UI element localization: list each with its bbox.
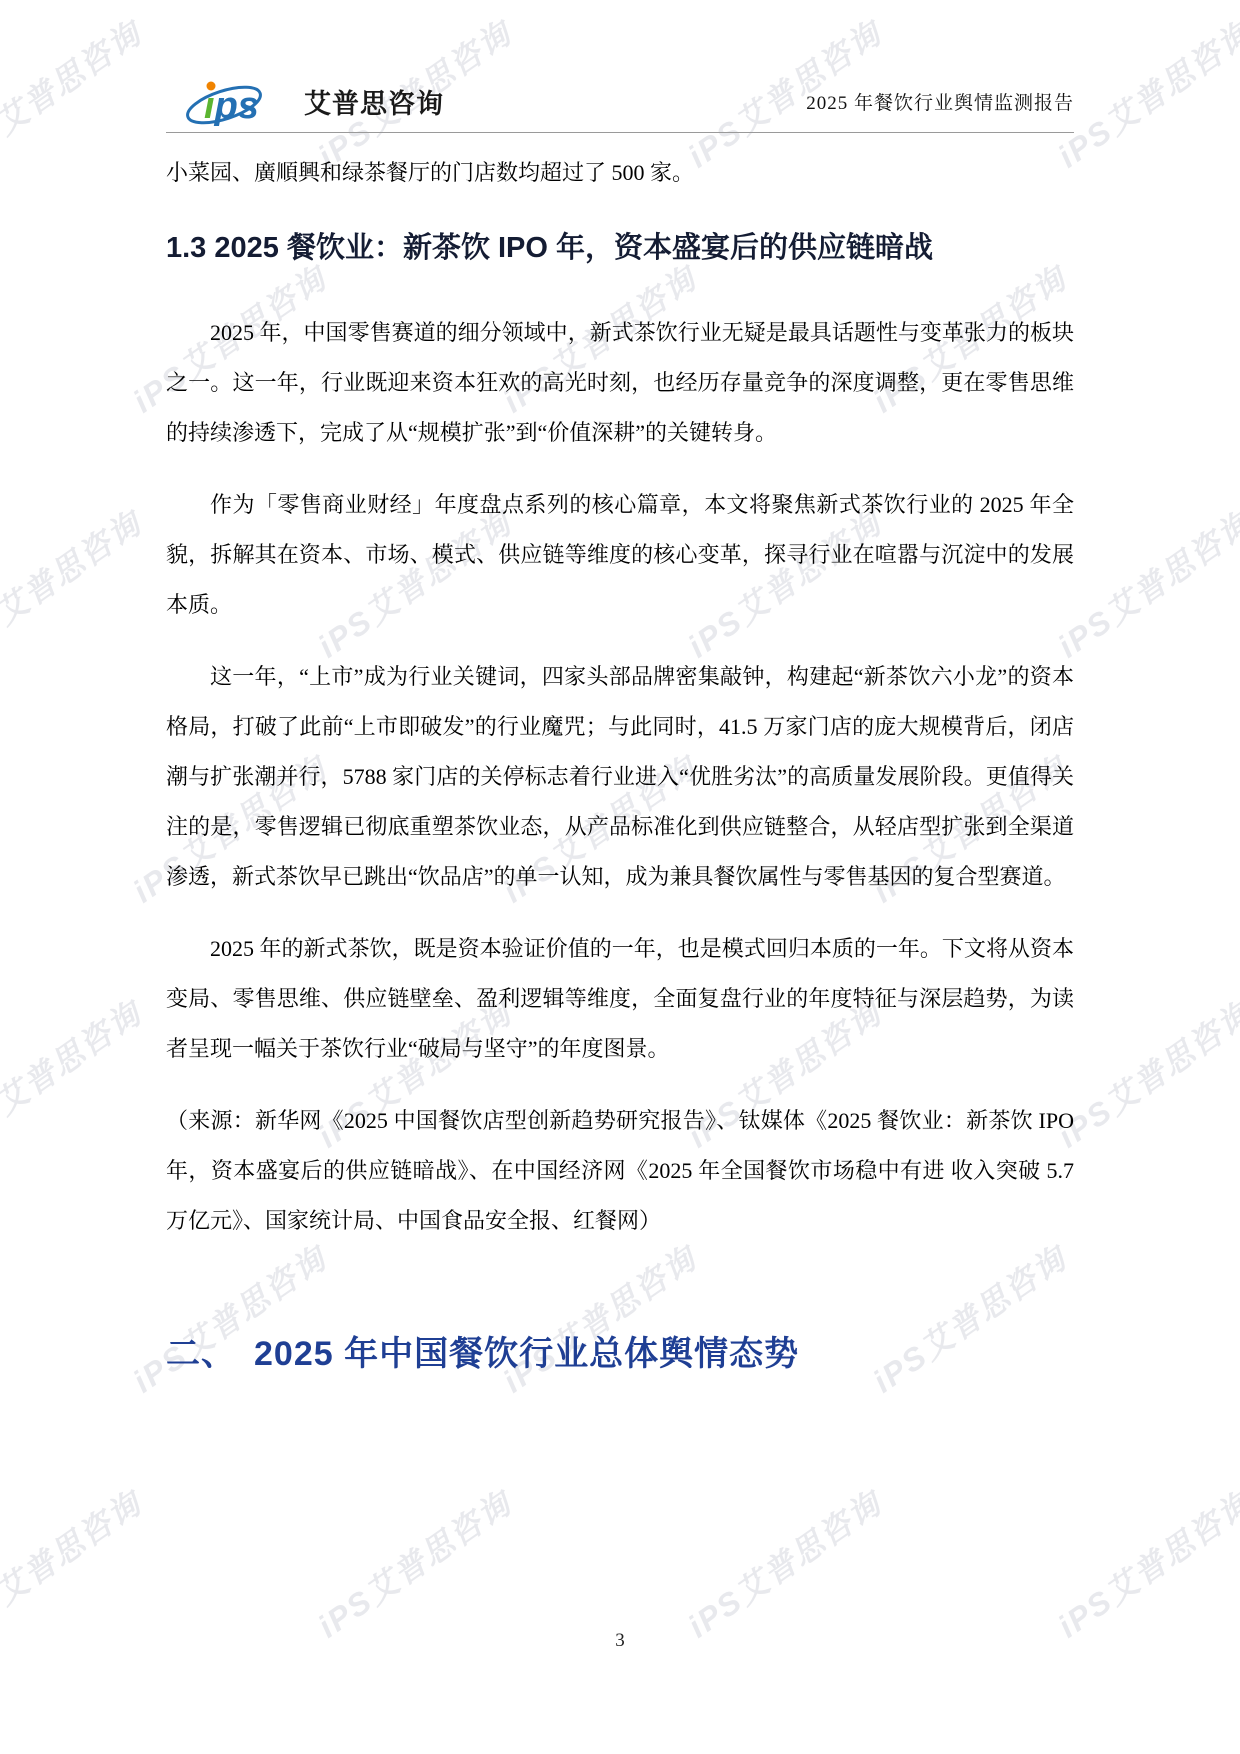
brand-watermark: iPS艾普思咨询 (1047, 9, 1240, 177)
source-note: （来源：新华网《2025 中国餐饮店型创新趋势研究报告》、钛媒体《2025 餐饮… (166, 1096, 1074, 1246)
brand-watermark: iPS艾普思咨询 (1232, 254, 1240, 422)
svg-text:ıps: ıps (204, 85, 259, 127)
brand-watermark: iPS艾普思咨询 (1047, 1479, 1240, 1647)
chapter-heading-2: 二、 2025 年中国餐饮行业总体舆情态势 (166, 1330, 1074, 1378)
report-header-title: 2025 年餐饮行业舆情监测报告 (806, 88, 1074, 115)
brand-watermark: iPS艾普思咨询 (307, 1479, 520, 1647)
brand-watermark: iPS艾普思咨询 (0, 9, 150, 177)
page-footer: 3 (0, 1630, 1240, 1652)
paragraph-3: 这一年，“上市”成为行业关键词，四家头部品牌密集敲钟，构建起“新茶饮六小龙”的资… (166, 652, 1074, 902)
company-logo-text: 艾普思咨询 (304, 82, 444, 121)
section-heading-1-3: 1.3 2025 餐饮业：新茶饮 IPO 年，资本盛宴后的供应链暗战 (166, 228, 1074, 268)
page-number: 3 (615, 1630, 625, 1651)
brand-watermark: iPS艾普思咨询 (1232, 744, 1240, 912)
ips-logo-icon: ıps (182, 75, 298, 127)
brand-watermark: iPS艾普思咨询 (1232, 1234, 1240, 1402)
report-page: iPS艾普思咨询iPS艾普思咨询iPS艾普思咨询iPS艾普思咨询iPS艾普思咨询… (0, 0, 1240, 1754)
brand-watermark: iPS艾普思咨询 (0, 1479, 150, 1647)
brand-watermark: iPS艾普思咨询 (1047, 989, 1240, 1157)
brand-watermark: iPS艾普思咨询 (677, 1479, 890, 1647)
paragraph-2: 作为「零售商业财经」年度盘点系列的核心篇章，本文将聚焦新式茶饮行业的 2025 … (166, 480, 1074, 630)
page-header: ıps 艾普思咨询 2025 年餐饮行业舆情监测报告 (166, 70, 1074, 133)
paragraph-4: 2025 年的新式茶饮，既是资本验证价值的一年，也是模式回归本质的一年。下文将从… (166, 924, 1074, 1074)
paragraph-1: 2025 年，中国零售赛道的细分领域中，新式茶饮行业无疑是最具话题性与变革张力的… (166, 308, 1074, 458)
brand-watermark: iPS艾普思咨询 (0, 499, 150, 667)
brand-watermark: iPS艾普思咨询 (1047, 499, 1240, 667)
paragraph-continuation: 小菜园、廣順興和绿茶餐厅的门店数均超过了 500 家。 (166, 148, 1074, 198)
company-logo: ıps 艾普思咨询 (182, 75, 444, 127)
brand-watermark: iPS艾普思咨询 (0, 989, 150, 1157)
page-content: 小菜园、廣順興和绿茶餐厅的门店数均超过了 500 家。 1.3 2025 餐饮业… (166, 148, 1074, 1378)
